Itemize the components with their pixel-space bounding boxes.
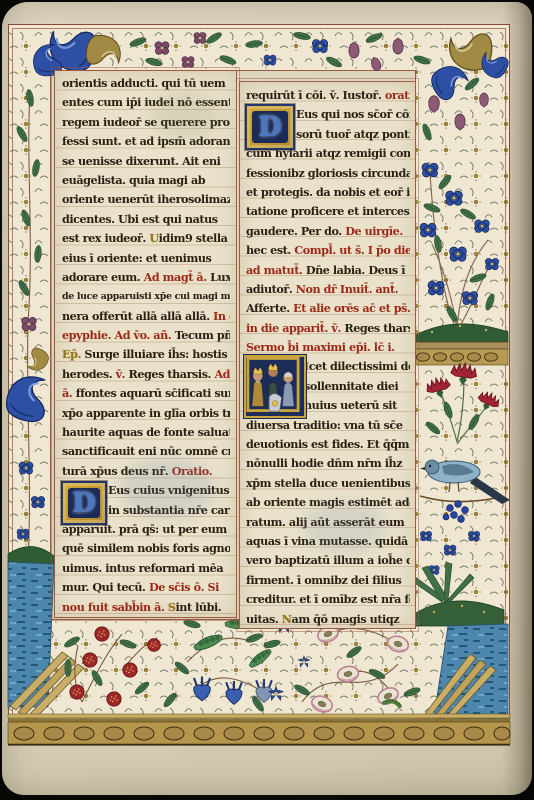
text-segment-red: ā.: [62, 386, 76, 400]
text-segment-gold: Ep̄.: [62, 347, 84, 361]
manuscript-text-line: Ep̄. Surge illuiare ih̄s: hostis: [62, 345, 230, 364]
text-segment-red: ad matut̄.: [246, 263, 306, 277]
text-segment-ink: tatione proficere et intercessione: [246, 204, 410, 218]
text-segment-ink: Surge illuiare ih̄s: hostis: [84, 347, 227, 361]
manuscript-text-line: epyphie. Ad v̄o. añ. Tecum pn̄c: [62, 326, 230, 345]
manuscript-text-line: in die apparit̄. v̄. Reges tharsis.: [246, 319, 410, 338]
text-segment-red: Oratio.: [172, 464, 212, 478]
text-segment-ink: orientis adducti. qui tū uem: [62, 76, 225, 90]
illuminated-initial-d-left: D: [61, 481, 107, 525]
text-segment-ink: nōnulli hodie dn̄m nr̄m ih̄z: [246, 456, 402, 470]
manuscript-text-line: dicentes. Ubi est qui natus: [62, 210, 230, 229]
text-segment-ink: idim9 stella: [159, 231, 228, 245]
manuscript-text-line: quē similem nobis foris agno: [62, 539, 230, 558]
text-segment-ink: euāgelista. quia magi ab: [62, 173, 205, 187]
text-segment-ink: creditur. et ī omībz est nr̄a festi: [246, 592, 410, 606]
text-segment-red: In oct̄: [213, 309, 230, 323]
text-segment-ink: et protegis. da nobis et eor̄ imi: [246, 185, 410, 199]
manuscript-text-line: ā. ffontes aquarū sc̄ificati sunt: [62, 384, 230, 403]
manuscript-text-line: fessi sunt. et ad ipsm̄ adorand̄: [62, 132, 230, 151]
text-segment-ink: sanctificauit eni nūc omnē crea: [62, 444, 230, 458]
text-segment-ink: int lūbi.: [175, 600, 221, 614]
text-segment-ink: entes cum ip̄i iudei nō essent.: [62, 95, 230, 109]
text-segment-ink: xp̄o apparente in glīa orbis trāū: [62, 406, 230, 420]
gold-stud-cornice-right: [414, 342, 508, 365]
mauve-bellflower: [455, 114, 465, 130]
text-segment-ink: vero baptizatū illum a ioh̄e cō: [246, 553, 410, 567]
text-segment-ink: Lux: [210, 270, 230, 284]
leaf: [65, 660, 71, 677]
manuscript-text-line: adorare eum. Ad magt̄ ā. Lux: [62, 268, 230, 287]
strawberry: [148, 639, 161, 652]
text-segment-ink: xp̄m stella duce uenientibus: [246, 476, 410, 490]
text-segment-ink: mur. Qui tecū.: [62, 580, 149, 594]
manuscript-text-line: creditur. et ī omībz est nr̄a festi: [246, 590, 410, 609]
text-segment-red: Non dr̄ Inuit̄. ant̄.: [296, 282, 398, 296]
text-column-left: orientis adducti. qui tū uementes cum ip…: [54, 70, 237, 618]
manuscript-text-line: haurite aquas de fonte saluatoris: [62, 423, 230, 442]
text-segment-ink: de luce apparuisti xp̄e cui magi mu: [62, 291, 230, 302]
text-segment-ink: ffontes aquarū sc̄ificati sunt: [76, 386, 230, 400]
manuscript-text-line: Afferte. Et alie orēs ac̄ et ps̄. ut: [246, 299, 410, 318]
manuscript-text-line: ab oriente magis estimēt ado: [246, 493, 410, 512]
text-segment-ink: cet dilectissimi de: [309, 359, 410, 373]
manuscript-text-line: fessionibz gloriosis circundas: [246, 164, 410, 183]
text-segment-red: oratio.: [385, 88, 410, 102]
text-segment-ink: Eus qui nos sc̄or̄ cōfes: [296, 107, 410, 121]
initial-letter: D: [72, 488, 95, 519]
text-segment-red: nou fuit sabb̄in ā.: [62, 600, 168, 614]
manuscript-text-line: nōnulli hodie dn̄m nr̄m ih̄z: [246, 454, 410, 473]
text-segment-ink: eius ī oriente: et uenimus: [62, 251, 211, 265]
text-segment-red: Et alie orēs ac̄ et ps̄. ut: [293, 301, 410, 315]
text-segment-ink: haurite aquas de fonte saluatoris: [62, 425, 230, 439]
text-segment-red: epyphie. Ad v̄o. añ.: [62, 328, 175, 342]
gold-vessel: [272, 401, 278, 407]
text-column-right: requirūt ī cōi. v̄. Iustor̄. oratio.Eus …: [239, 81, 416, 629]
text-segment-ink: herodes.: [62, 367, 116, 381]
manuscript-text-line: euāgelista. quia magi ab: [62, 171, 230, 190]
manuscript-text-line: nera offerūt allā allā allā. In oct̄: [62, 307, 230, 326]
strawberry: [95, 627, 109, 641]
text-segment-ink: est rex iudeor̄.: [62, 231, 149, 245]
strawberry: [107, 692, 121, 706]
manuscript-text-line: turā xp̄us deus nr̄. Oratio.: [62, 462, 230, 481]
violet-flower: [182, 57, 194, 68]
text-segment-ink: Reges tharsis.: [344, 321, 410, 335]
manuscript-text-line: entes cum ip̄i iudei nō essent.: [62, 93, 230, 112]
text-segment-ink: requirūt ī cōi. v̄. Iustor̄.: [246, 88, 385, 102]
magus-figure: [252, 367, 263, 406]
manuscript-text-line: nou fuit sabb̄in ā. Sint lūbi.: [62, 598, 230, 617]
violet-flower: [22, 317, 37, 330]
manuscript-text-line: eius ī oriente: et uenimus: [62, 249, 230, 268]
manuscript-text-line: regem iudeor̄ se querere pro: [62, 113, 230, 132]
text-segment-ink: turā xp̄us deus nr̄.: [62, 464, 172, 478]
gold-stud-cornice-bottom: [8, 714, 510, 746]
manuscript-text-line: herodes. v̄. Reges tharsis. Ad mt̄.: [62, 365, 230, 384]
manuscript-text-line: gaudere. Per do. De uirgīe.: [246, 222, 410, 241]
text-segment-ink: aquas ī vina mutasse. quidā: [246, 534, 408, 548]
text-segment-ink: diuersa traditio: vna tū sc̄e: [246, 418, 403, 432]
text-segment-ink: uitas.: [246, 612, 282, 626]
text-segment-ink: Reges tharsis.: [129, 367, 215, 381]
text-segment-red: De sc̄is ō. Si: [149, 580, 219, 594]
illuminated-initial-d-right: D: [245, 104, 295, 150]
manuscript-text-line: mur. Qui tecū. De sc̄is ō. Si: [62, 578, 230, 597]
manuscript-text-line: ad matut̄. Dn̄e labia. Deus ī: [246, 261, 410, 280]
manuscript-text-line: uitas. Nam q̄ō magis utiqz: [246, 610, 410, 629]
text-segment-ink: in substantia nr̄e carnis: [108, 503, 230, 517]
manuscript-text-line: hec est. Compl̄. ut s̄. I p̄o die: [246, 241, 410, 260]
text-segment-ink: deuotionis est fides. Et q̄q̄m: [246, 437, 409, 451]
manuscript-text-line: diuersa traditio: vna tū sc̄e: [246, 416, 410, 435]
violet-flower: [194, 33, 206, 44]
mauve-bellflower: [349, 42, 359, 58]
manuscript-text-line: xp̄o apparente in glīa orbis trāū: [62, 404, 230, 423]
text-segment-ink: regem iudeor̄ se querere pro: [62, 115, 230, 129]
text-segment-ink: uimus. intus reformari mēa: [62, 561, 223, 575]
photo-background: orientis adducti. qui tū uementes cum ip…: [0, 0, 534, 800]
manuscript-text-line: est rex iudeor̄. Uidim9 stella: [62, 229, 230, 248]
text-segment-ink: oriente uenerūt iherosolimaz: [62, 192, 230, 206]
strawberry: [123, 663, 137, 677]
text-segment-red: Compl̄. ut s̄. I p̄o die: [294, 243, 410, 257]
text-segment-ink: dicentes. Ubi est qui natus: [62, 212, 218, 226]
manuscript-text-line: ratum. alij aūt asserāt eum: [246, 513, 410, 532]
text-segment-red: Ad mt̄.: [214, 367, 230, 381]
text-segment-ink: ab oriente magis estimēt ado: [246, 495, 410, 509]
text-segment-ink: fessi sunt. et ad ipsm̄ adorand̄: [62, 134, 230, 148]
manuscript-text-line: firment. ī omnibz dei filius: [246, 571, 410, 590]
text-segment-ink: sorū tuor̄ atqz pontifi: [296, 127, 410, 141]
text-segment-ink: Tecum pn̄c: [175, 328, 230, 342]
text-segment-ink: am q̄ō magis utiqz: [292, 612, 400, 626]
manuscript-text-line: adiutor̄. Non dr̄ Inuit̄. ant̄.: [246, 280, 410, 299]
text-segment-ink: se uenisse dixerunt. Ait eni: [62, 154, 220, 168]
text-segment-ink: Afferte.: [246, 301, 293, 315]
left-column-lines: orientis adducti. qui tū uementes cum ip…: [62, 74, 230, 617]
mauve-bellflower: [393, 38, 403, 54]
text-segment-red: in die apparit̄. v̄.: [246, 321, 344, 335]
text-segment-ink: hec est.: [246, 243, 294, 257]
text-segment-gold: U: [149, 231, 158, 245]
text-segment-ink: huius ueterū sit: [304, 398, 397, 412]
text-segment-ink: adiutor̄.: [246, 282, 296, 296]
manuscript-text-line: aquas ī vina mutasse. quidā: [246, 532, 410, 551]
text-segment-ink: firment. ī omnibz dei filius: [246, 573, 401, 587]
text-segment-red: Sermo b̄i maximi ep̄i. lc̄ i.: [246, 340, 395, 354]
manuscript-text-line: oriente uenerūt iherosolimaz: [62, 190, 230, 209]
manuscript-text-line: de luce apparuisti xp̄e cui magi mu: [62, 287, 230, 306]
text-segment-ink: Eus cuius vnigenitus: [108, 483, 229, 497]
text-segment-ink: nera offerūt allā allā allā.: [62, 309, 213, 323]
manuscript-page: orientis adducti. qui tū uementes cum ip…: [2, 2, 532, 795]
text-segment-red: De uirgīe.: [345, 224, 403, 238]
text-segment-ink: adorare eum.: [62, 270, 144, 284]
manuscript-text-line: uimus. intus reformari mēa: [62, 559, 230, 578]
mauve-bellflower: [480, 93, 489, 107]
manuscript-text-line: orientis adducti. qui tū uem: [62, 74, 230, 93]
text-segment-ink: Dn̄e labia. Deus ī: [306, 263, 405, 277]
text-segment-ink: gaudere. Per do.: [246, 224, 345, 238]
manuscript-text-line: vero baptizatū illum a ioh̄e cō: [246, 551, 410, 570]
historiated-initial-three-magi: [244, 355, 306, 418]
manuscript-text-line: et protegis. da nobis et eor̄ imi: [246, 183, 410, 202]
strawberry: [70, 685, 84, 699]
text-segment-ink: ratum. alij aūt asserāt eum: [246, 515, 404, 529]
violet-flower: [155, 42, 169, 55]
text-segment-red: Ad magt̄ ā.: [144, 270, 210, 284]
manuscript-text-line: deuotionis est fides. Et q̄q̄m: [246, 435, 410, 454]
text-segment-red: v̄.: [116, 367, 129, 381]
manuscript-text-line: tatione proficere et intercessione: [246, 202, 410, 221]
mauve-bellflower: [429, 96, 440, 113]
manuscript-text-line: se uenisse dixerunt. Ait eni: [62, 152, 230, 171]
text-segment-gold: N: [282, 612, 292, 626]
text-segment-ink: quē similem nobis foris agno: [62, 541, 230, 555]
strawberry: [83, 653, 97, 667]
three-magi-miniature: [246, 357, 300, 412]
manuscript-text-line: sanctificauit eni nūc omnē crea: [62, 442, 230, 461]
magus-figure: [282, 372, 293, 406]
manuscript-text-line: xp̄m stella duce uenientibus: [246, 474, 410, 493]
manuscript-text-line: requirūt ī cōi. v̄. Iustor̄. oratio.: [246, 86, 410, 105]
text-segment-ink: fessionibz gloriosis circundas: [246, 166, 410, 180]
text-segment-ink: sollennitate diei: [304, 379, 398, 393]
initial-letter: D: [258, 112, 281, 143]
